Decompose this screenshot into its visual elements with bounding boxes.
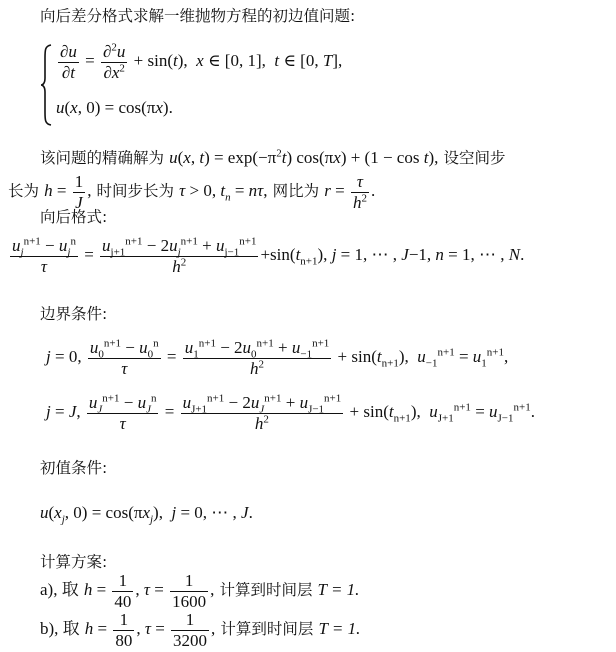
pde-equation: ∂u∂t = ∂2u∂x2 + sin(t), x ∈ [0, 1], t ∈ …: [56, 42, 342, 82]
exact-solution-line1: 该问题的精确解为 u(x, t) = exp(−π2t) cos(πx) + (…: [40, 146, 506, 168]
initial-condition-eq: u(x, 0) = cos(πx).: [56, 98, 173, 118]
boundary-jJ: j = J, uJn+1 − uJnτ = uJ+1n+1 − 2uJn+1 +…: [46, 393, 535, 433]
initial-heading: 初值条件:: [40, 456, 107, 478]
initial-formula: u(xj, 0) = cos(πxj), j = 0, ⋯ , J.: [40, 503, 253, 523]
scheme-formula: ujn+1 − ujnτ = uj+1n+1 − 2ujn+1 + uj−1n+…: [8, 236, 524, 276]
plan-case-a: a), 取 h = 140, τ = 11600, 计算到时间层 T = 1.: [40, 571, 359, 611]
scheme-heading: 向后格式:: [40, 205, 107, 227]
boundary-heading: 边界条件:: [40, 302, 107, 324]
problem-title: 向后差分格式求解一维抛物方程的初边值问题:: [40, 4, 355, 26]
boundary-j0: j = 0, u0n+1 − u0nτ = u1n+1 − 2u0n+1 + u…: [46, 338, 508, 378]
left-brace-icon: [40, 44, 52, 126]
plan-heading: 计算方案:: [40, 550, 107, 572]
plan-case-b: b), 取 h = 180, τ = 13200, 计算到时间层 T = 1.: [40, 610, 360, 650]
